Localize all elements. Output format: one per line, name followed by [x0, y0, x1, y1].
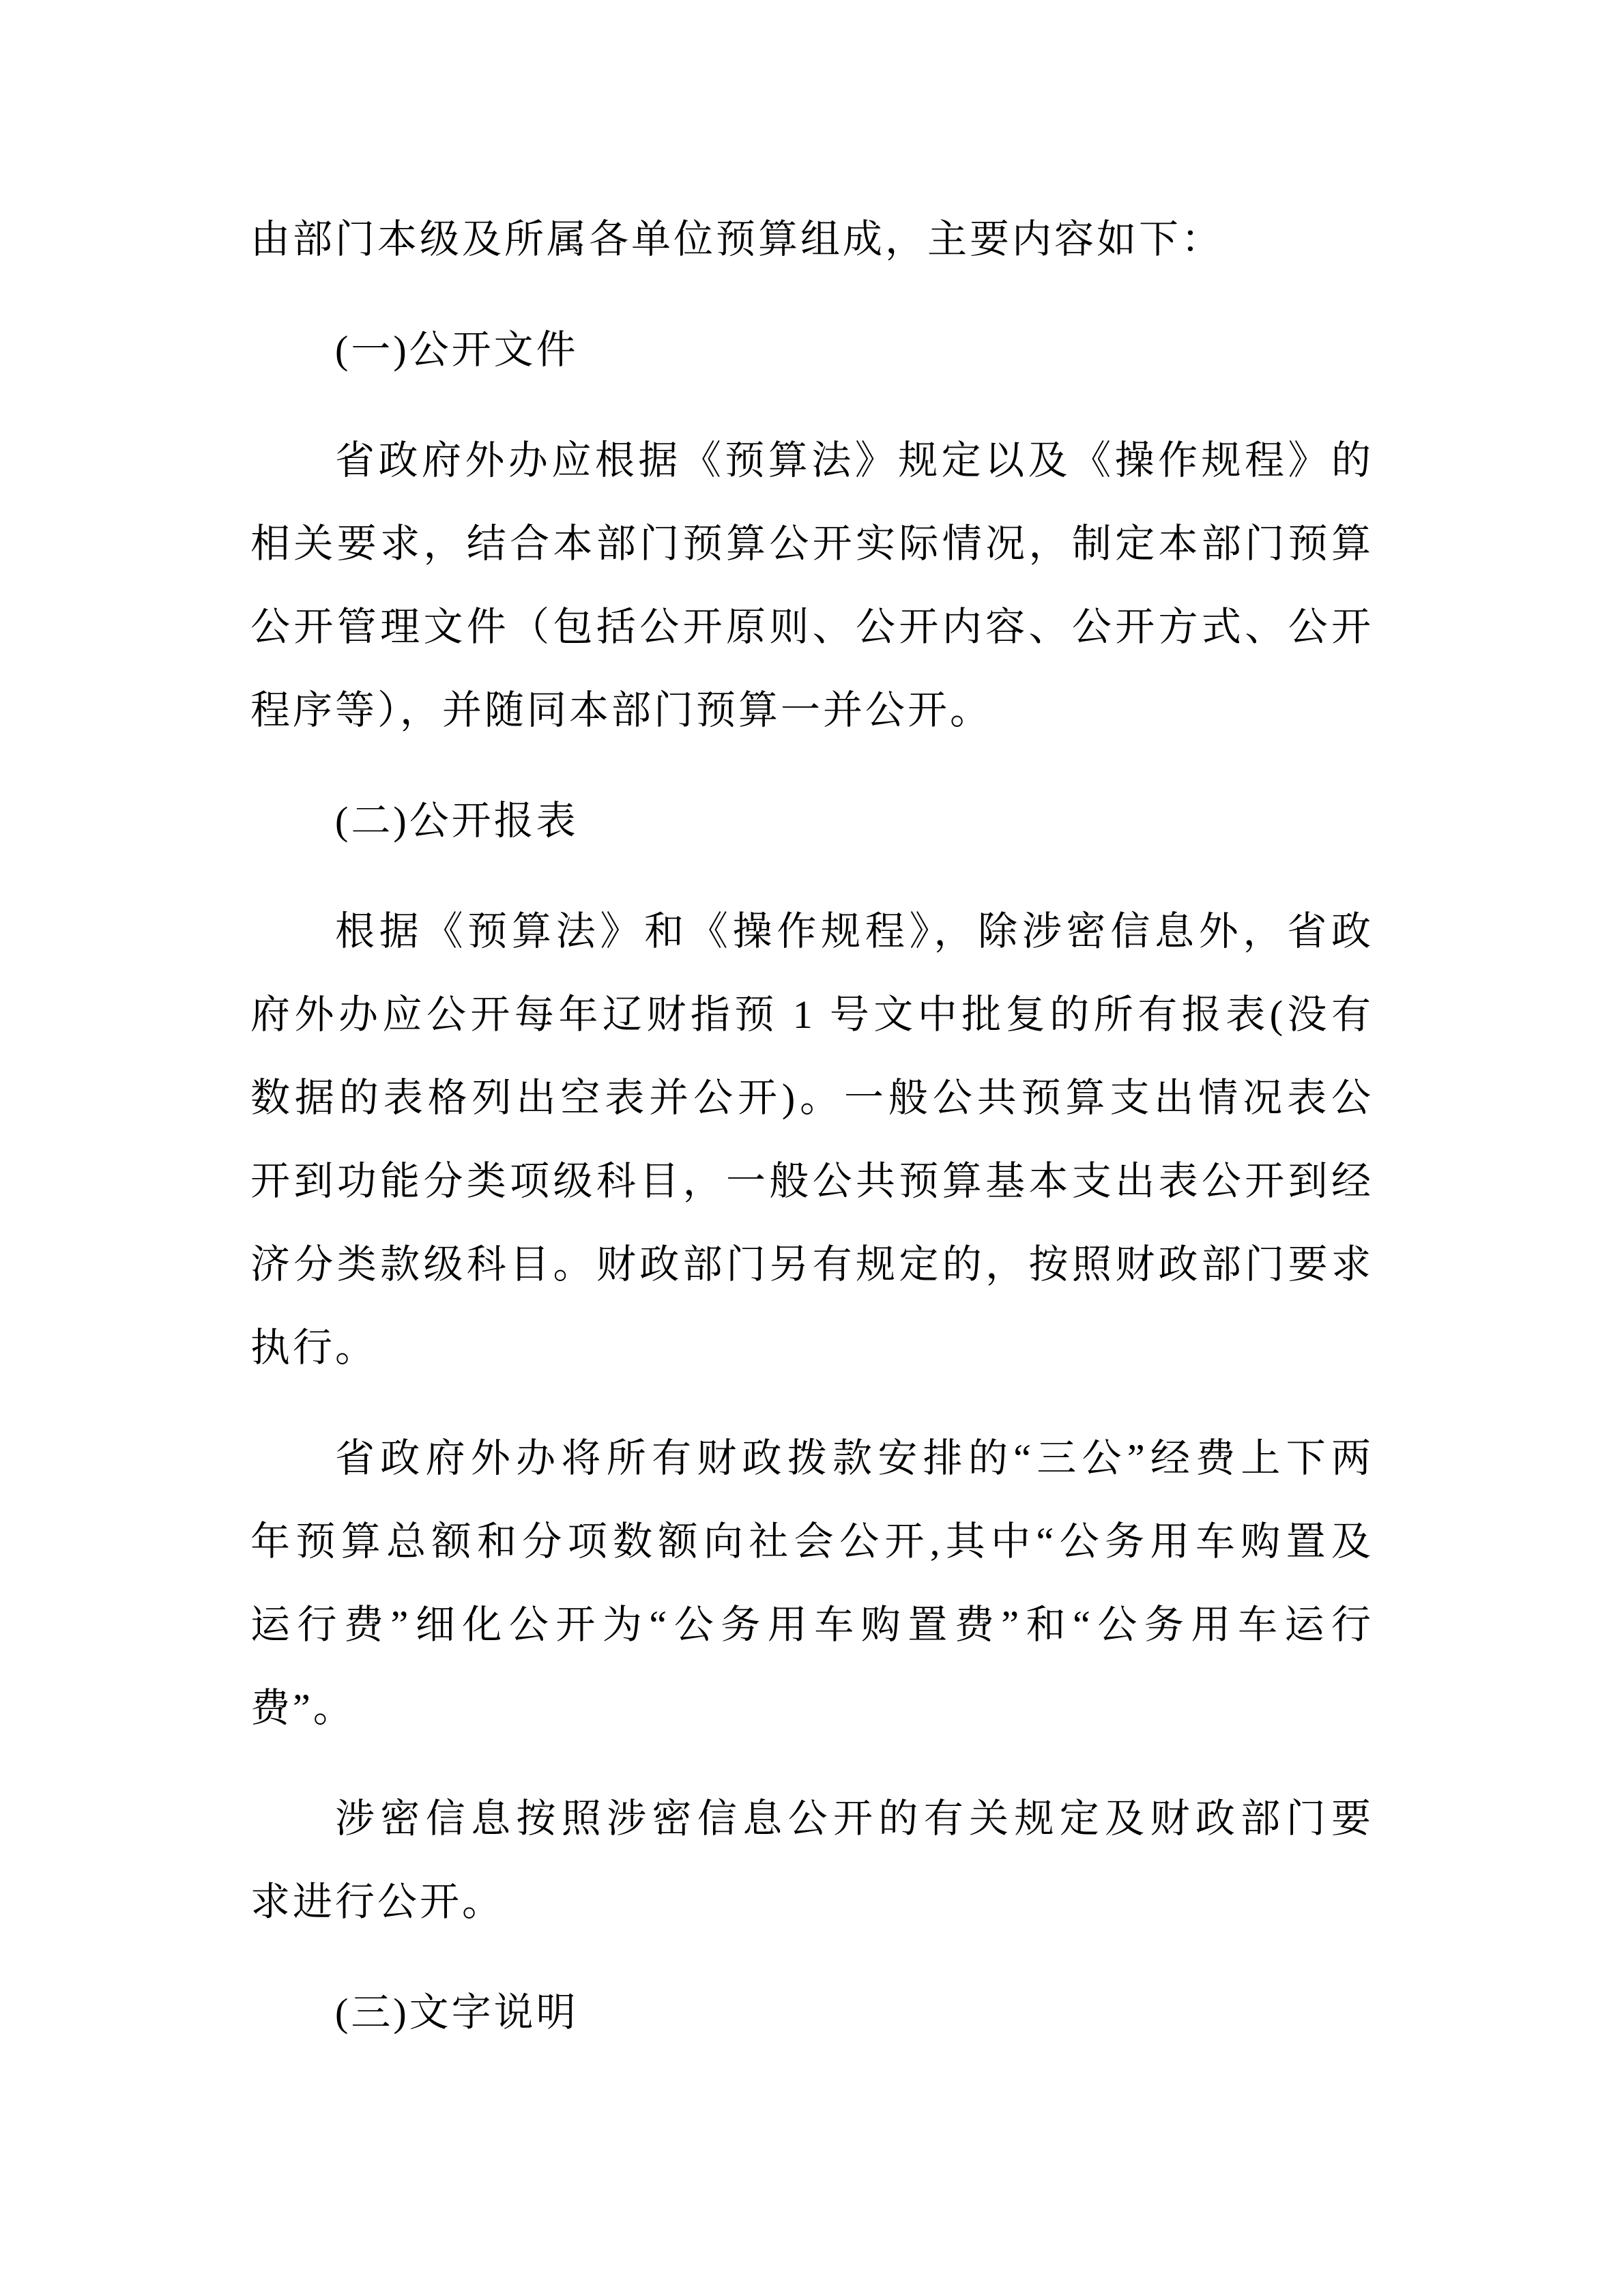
text-line: 根据《预算法》和《操作规程》，除涉密信息外，省政	[250, 890, 1374, 973]
paragraph: 省政府外办将所有财政拨款安排的“三公”经费上下两年预算总额和分项数额向社会公开,…	[250, 1417, 1374, 1750]
text-line: 程序等），并随同本部门预算一并公开。	[250, 669, 1374, 752]
text-line: 省政府外办将所有财政拨款安排的“三公”经费上下两	[250, 1417, 1374, 1500]
text-line: 求进行公开。	[250, 1861, 1374, 1944]
section-heading: (二)公开报表	[250, 779, 1374, 863]
text-line: (二)公开报表	[250, 779, 1374, 863]
text-line: 费”。	[250, 1667, 1374, 1750]
paragraph: 省政府外办应根据《预算法》规定以及《操作规程》的相关要求，结合本部门预算公开实际…	[250, 419, 1374, 752]
text-line: 开到功能分类项级科目，一般公共预算基本支出表公开到经	[250, 1140, 1374, 1223]
text-line: (三)文字说明	[250, 1971, 1374, 2054]
paragraph: 由部门本级及所属各单位预算组成，主要内容如下：	[250, 198, 1374, 281]
text-line: 由部门本级及所属各单位预算组成，主要内容如下：	[250, 198, 1374, 281]
text-line: 数据的表格列出空表并公开)。一般公共预算支出情况表公	[250, 1057, 1374, 1140]
section-heading: (一)公开文件	[250, 308, 1374, 392]
text-line: (一)公开文件	[250, 308, 1374, 392]
text-block: 由部门本级及所属各单位预算组成，主要内容如下：(一)公开文件省政府外办应根据《预…	[250, 198, 1374, 2054]
section-heading: (三)文字说明	[250, 1971, 1374, 2054]
paragraph: 根据《预算法》和《操作规程》，除涉密信息外，省政府外办应公开每年辽财指预 1 号…	[250, 890, 1374, 1390]
text-line: 公开管理文件（包括公开原则、公开内容、公开方式、公开	[250, 586, 1374, 669]
text-line: 年预算总额和分项数额向社会公开,其中“公务用车购置及	[250, 1500, 1374, 1583]
text-line: 省政府外办应根据《预算法》规定以及《操作规程》的	[250, 419, 1374, 502]
document-page: 由部门本级及所属各单位预算组成，主要内容如下：(一)公开文件省政府外办应根据《预…	[0, 0, 1624, 2296]
text-line: 济分类款级科目。财政部门另有规定的，按照财政部门要求	[250, 1223, 1374, 1306]
text-line: 涉密信息按照涉密信息公开的有关规定及财政部门要	[250, 1777, 1374, 1861]
text-line: 相关要求，结合本部门预算公开实际情况，制定本部门预算	[250, 502, 1374, 586]
text-line: 执行。	[250, 1306, 1374, 1390]
text-line: 府外办应公开每年辽财指预 1 号文中批复的所有报表(没有	[250, 973, 1374, 1057]
paragraph: 涉密信息按照涉密信息公开的有关规定及财政部门要求进行公开。	[250, 1777, 1374, 1944]
text-line: 运行费”细化公开为“公务用车购置费”和“公务用车运行	[250, 1583, 1374, 1667]
